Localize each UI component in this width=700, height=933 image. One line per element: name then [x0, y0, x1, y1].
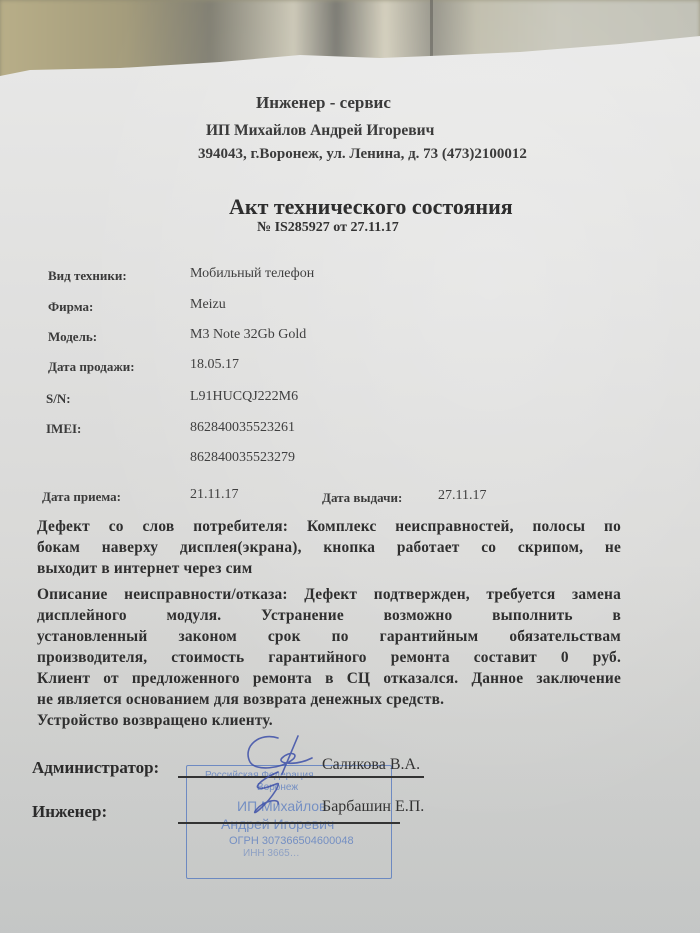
engineer-name: Барбашин Е.П. [322, 798, 424, 816]
background-frame-edge [430, 0, 433, 60]
description-line: Клиент от предложенного ремонта в СЦ отк… [37, 668, 621, 689]
description-line: производителя, стоимость гарантийного ре… [37, 647, 621, 668]
stamp-line: ИНН 3665… [243, 848, 300, 859]
field-label-serial: S/N: [46, 391, 71, 407]
handwritten-signature [220, 728, 330, 828]
description-line: не является основанием для возврата дене… [37, 689, 621, 710]
document-number: № IS285927 от 27.11.17 [257, 220, 399, 236]
admin-name: Саликова В.А. [322, 756, 420, 774]
field-value-model: M3 Note 32Gb Gold [190, 327, 306, 343]
company-address: 394043, г.Воронеж, ул. Ленина, д. 73 (47… [198, 146, 527, 163]
description-line: Описание неисправности/отказа: Дефект по… [37, 584, 621, 605]
received-date-value: 21.11.17 [190, 487, 238, 503]
field-value-serial: L91HUCQJ222M6 [190, 389, 298, 405]
field-value-sale-date: 18.05.17 [190, 357, 239, 373]
company-type: Инженер - сервис [256, 93, 391, 113]
fault-description-paragraph: Описание неисправности/отказа: Дефект по… [37, 584, 621, 731]
field-value-brand: Meizu [190, 297, 226, 313]
issued-date-label: Дата выдачи: [322, 490, 402, 506]
defect-claim-line: бокам наверху дисплея(экрана), кнопка ра… [37, 537, 621, 558]
field-label-brand: Фирма: [48, 299, 93, 315]
received-date-label: Дата приема: [42, 489, 121, 505]
stamp-line: ОГРН 307366504600048 [229, 835, 354, 847]
description-line: дисплейного модуля. Устранение возможно … [37, 605, 621, 626]
description-line: установленный законом срок по гарантийны… [37, 626, 621, 647]
document-title: Акт технического состояния [229, 194, 513, 220]
admin-role-label: Администратор: [32, 758, 159, 778]
field-value-imei-2: 862840035523279 [190, 450, 295, 466]
field-label-sale-date: Дата продажи: [48, 359, 135, 375]
defect-claim-paragraph: Дефект со слов потребителя: Комплекс неи… [37, 516, 621, 579]
issued-date-value: 27.11.17 [438, 488, 486, 504]
field-label-imei: IMEI: [46, 421, 81, 437]
defect-claim-line: выходит в интернет через сим [37, 558, 621, 579]
field-value-imei-1: 862840035523261 [190, 420, 295, 436]
field-label-device-type: Вид техники: [48, 268, 127, 284]
field-label-model: Модель: [48, 329, 97, 345]
engineer-role-label: Инженер: [32, 802, 107, 822]
field-value-device-type: Мобильный телефон [190, 266, 314, 282]
defect-claim-line: Дефект со слов потребителя: Комплекс неи… [37, 516, 621, 537]
company-owner: ИП Михайлов Андрей Игоревич [206, 122, 434, 140]
